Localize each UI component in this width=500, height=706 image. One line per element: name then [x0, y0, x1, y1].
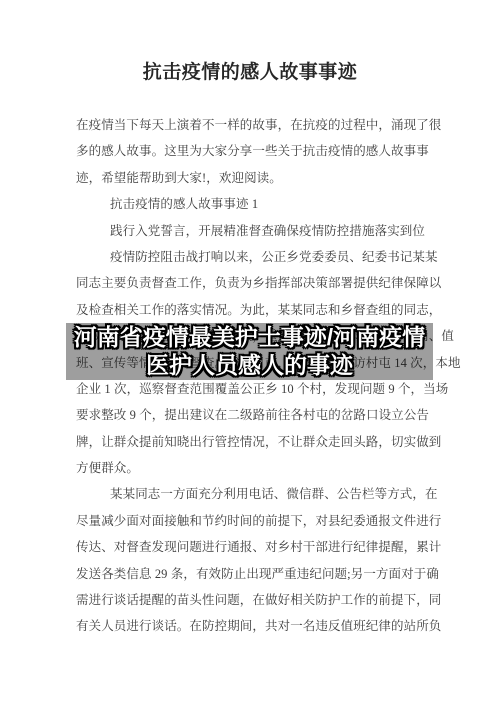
body-line: 需进行谈话提醒的苗头性问题，在做好相关防护工作的前提下，同 [76, 587, 468, 613]
body-line: 有关人员进行谈话。在防控期间，共对一名违反值班纪律的站所负 [76, 613, 468, 639]
body-line: 同志主要负责督查工作，负责为乡指挥部决策部署提供纪律保障以 [76, 270, 468, 296]
body-line: 尽量减少面对面接触和节约时间的前提下，对县纪委通报文件进行 [76, 508, 468, 534]
page-title: 抗击疫情的感人故事事迹 [0, 57, 500, 84]
document-page: { "page": { "background": "#ffffff", "te… [0, 0, 500, 706]
caption-line-2: 医护人员感人的事迹 [66, 352, 433, 380]
body-line: 发送各类信息 29 条，有效防止出现严重违纪问题;另一方面对于确 [76, 561, 468, 587]
body-line: 疫情防控阻击战打响以来，公正乡党委委员、纪委书记某某 [76, 244, 468, 270]
body-line: 传达、对督查发现问题进行通报、对乡村干部进行纪律提醒，累计 [76, 534, 468, 560]
body-line: 要求整改 9 个，提出建议在二级路前往各村屯的岔路口设立公告 [76, 402, 468, 428]
body-line: 迹，希望能帮助到大家!，欢迎阅读。 [76, 165, 468, 191]
body-line: 多的感人故事。这里为大家分享一些关于抗击疫情的感人故事事 [76, 138, 468, 164]
body-line: 在疫情当下每天上演着不一样的故事，在抗疫的过程中，涌现了很 [76, 112, 468, 138]
body-line: 及检查相关工作的落实情况。为此，某某同志和乡督查组的同志， [76, 297, 468, 323]
caption-line-1: 河南省疫情最美护士事迹/河南疫情 [66, 324, 433, 352]
body-line: 践行入党誓言，开展精准督查确保疫情防控措施落实到位 [76, 218, 468, 244]
body-line: 牌，让群众提前知晓出行管控情况，不让群众走回头路，切实做到 [76, 429, 468, 455]
caption-overlay: 河南省疫情最美护士事迹/河南疫情 医护人员感人的事迹 [66, 323, 433, 380]
body-line: 抗击疫情的感人故事事迹 1 [76, 191, 468, 217]
body-line: 某某同志一方面充分利用电话、微信群、公告栏等方式，在 [76, 481, 468, 507]
body-line: 方便群众。 [76, 455, 468, 481]
